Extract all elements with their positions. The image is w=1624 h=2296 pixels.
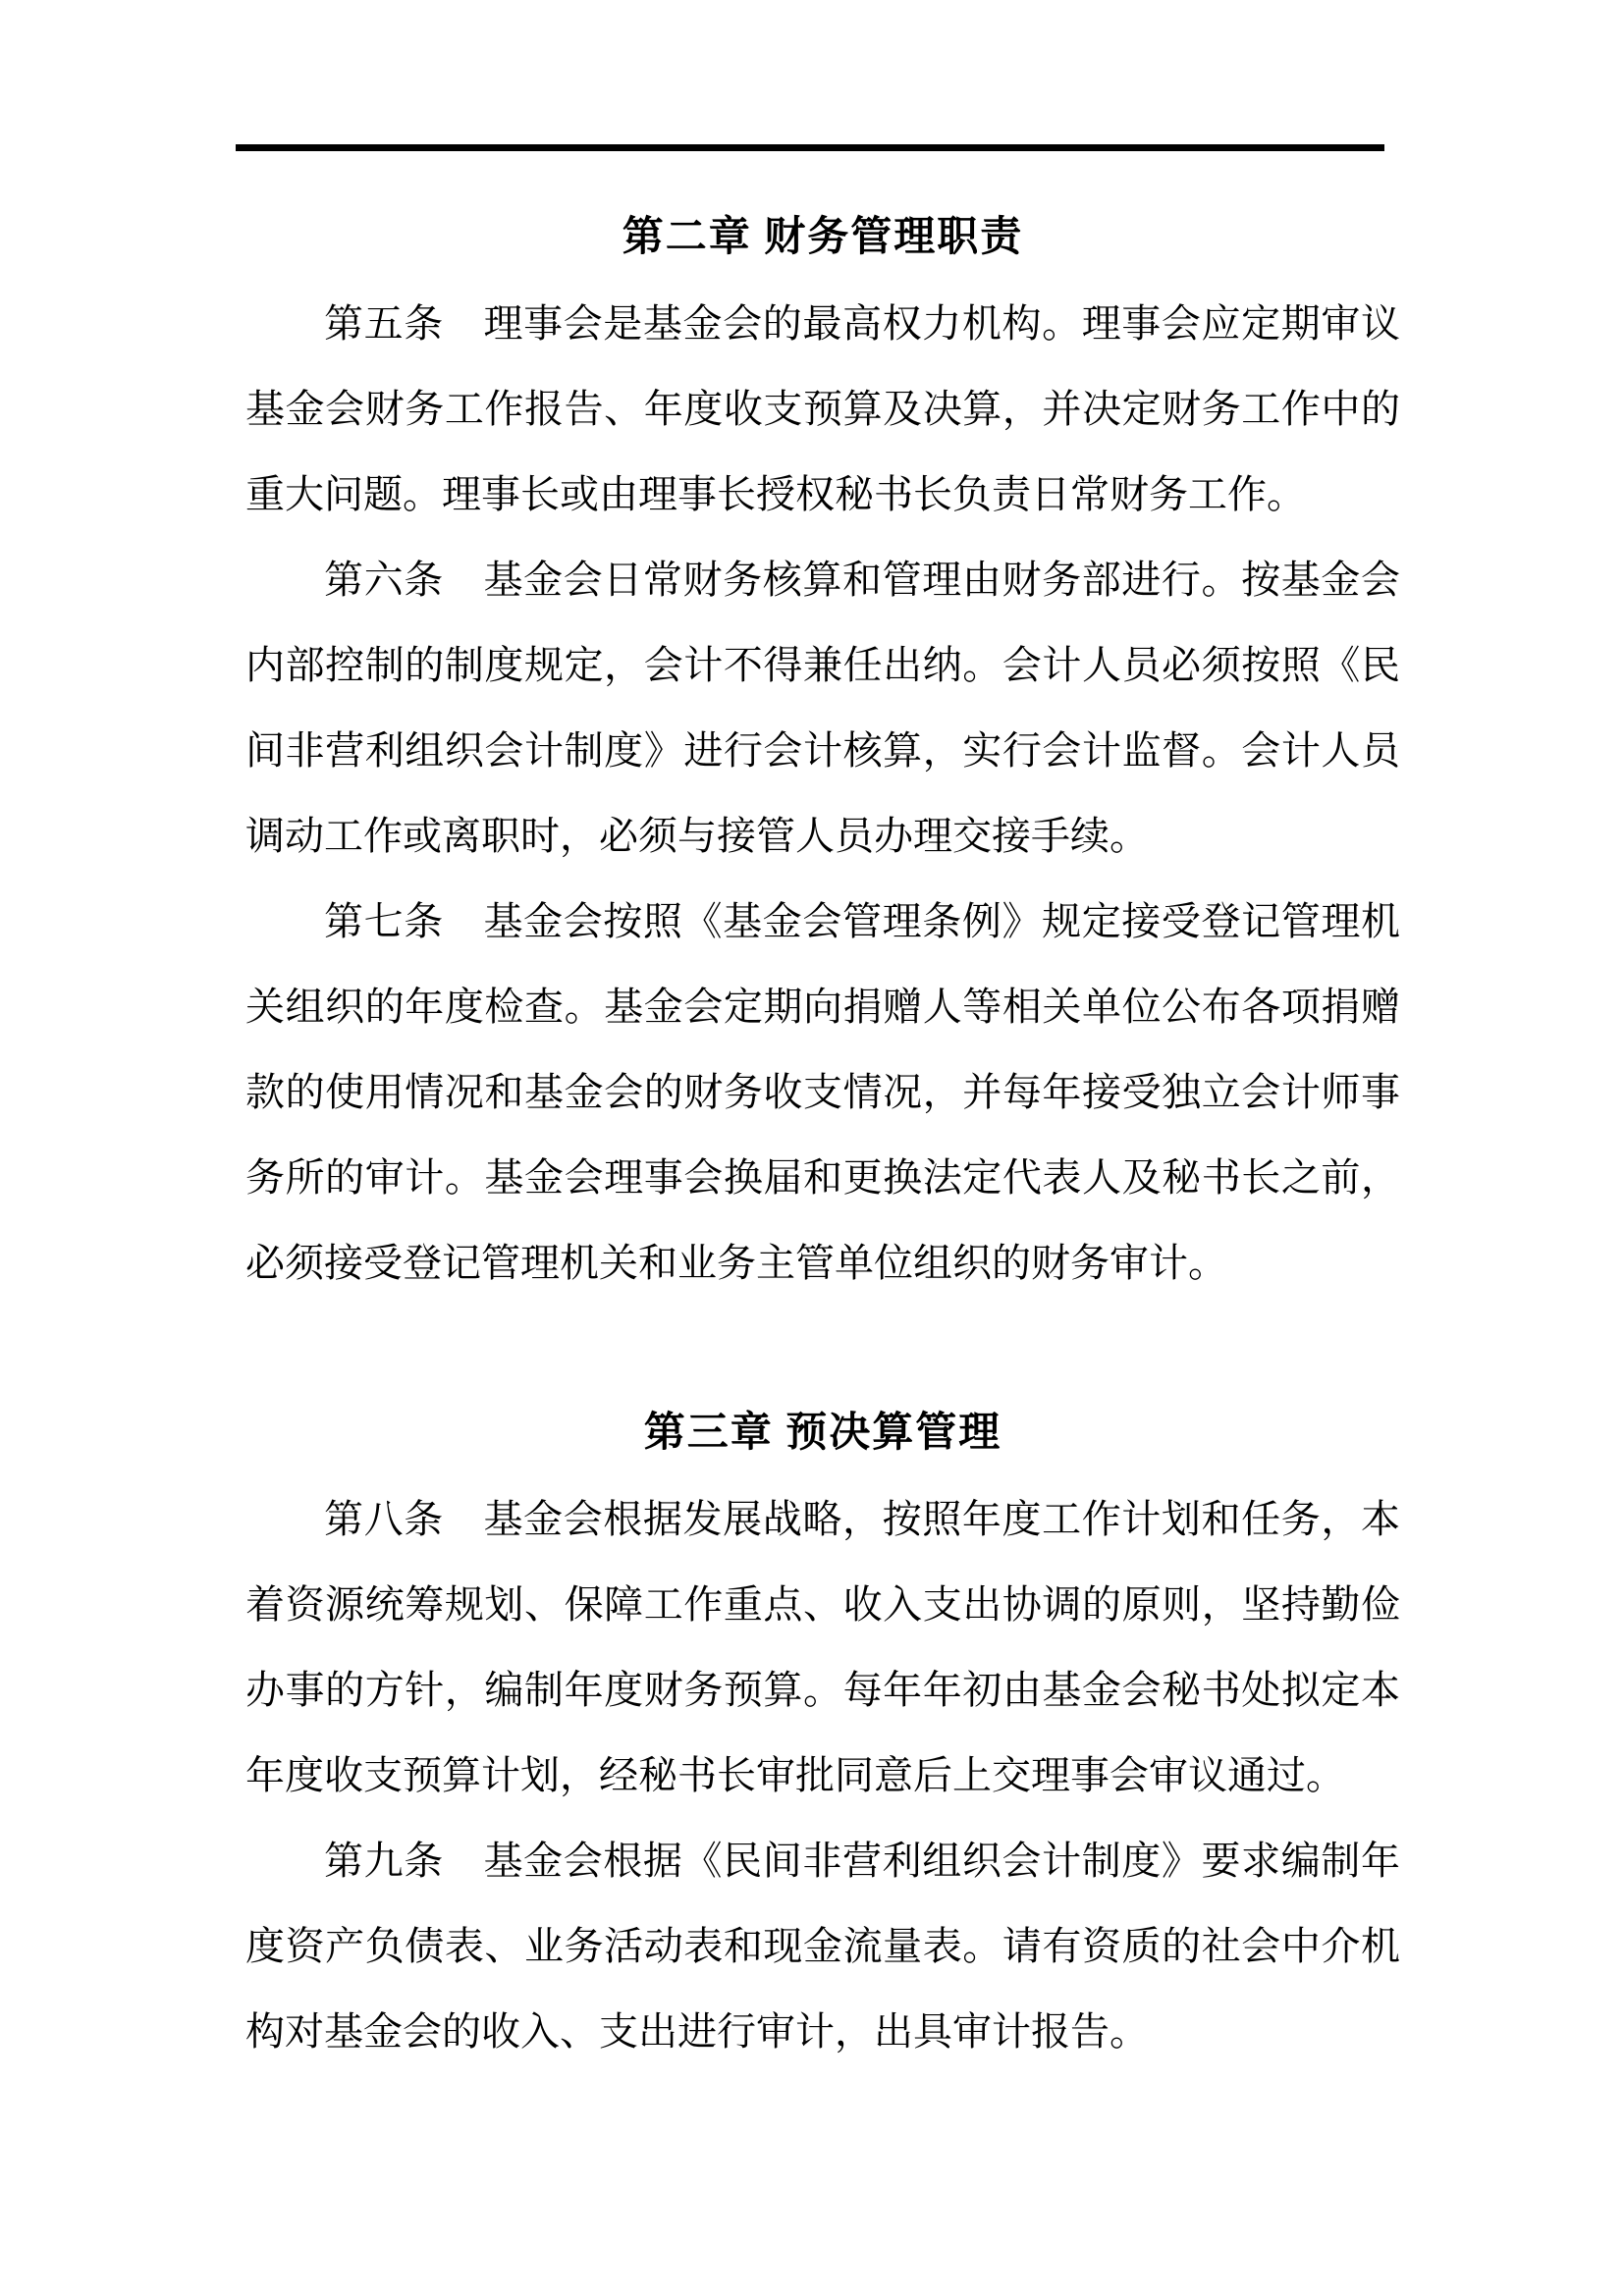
article-7-paragraph: 第七条 基金会按照《基金会管理条例》规定接受登记管理机关组织的年度检查。基金会定…	[245, 879, 1400, 1306]
article-9-paragraph: 第九条 基金会根据《民间非营利组织会计制度》要求编制年度资产负债表、业务活动表和…	[245, 1818, 1400, 2074]
article-8-paragraph: 第八条 基金会根据发展战略，按照年度工作计划和任务，本着资源统筹规划、保障工作重…	[245, 1476, 1400, 1818]
header-rule	[236, 144, 1384, 151]
chapter-3-heading: 第三章 预决算管理	[245, 1391, 1400, 1476]
document-body: 第二章 财务管理职责 第五条 理事会是基金会的最高权力机构。理事会应定期审议基金…	[245, 195, 1400, 2074]
article-6-paragraph: 第六条 基金会日常财务核算和管理由财务部进行。按基金会内部控制的制度规定，会计不…	[245, 537, 1400, 879]
document-page: 第二章 财务管理职责 第五条 理事会是基金会的最高权力机构。理事会应定期审议基金…	[0, 0, 1624, 2296]
chapter-2-heading: 第二章 财务管理职责	[245, 195, 1400, 281]
article-5-paragraph: 第五条 理事会是基金会的最高权力机构。理事会应定期审议基金会财务工作报告、年度收…	[245, 281, 1400, 537]
